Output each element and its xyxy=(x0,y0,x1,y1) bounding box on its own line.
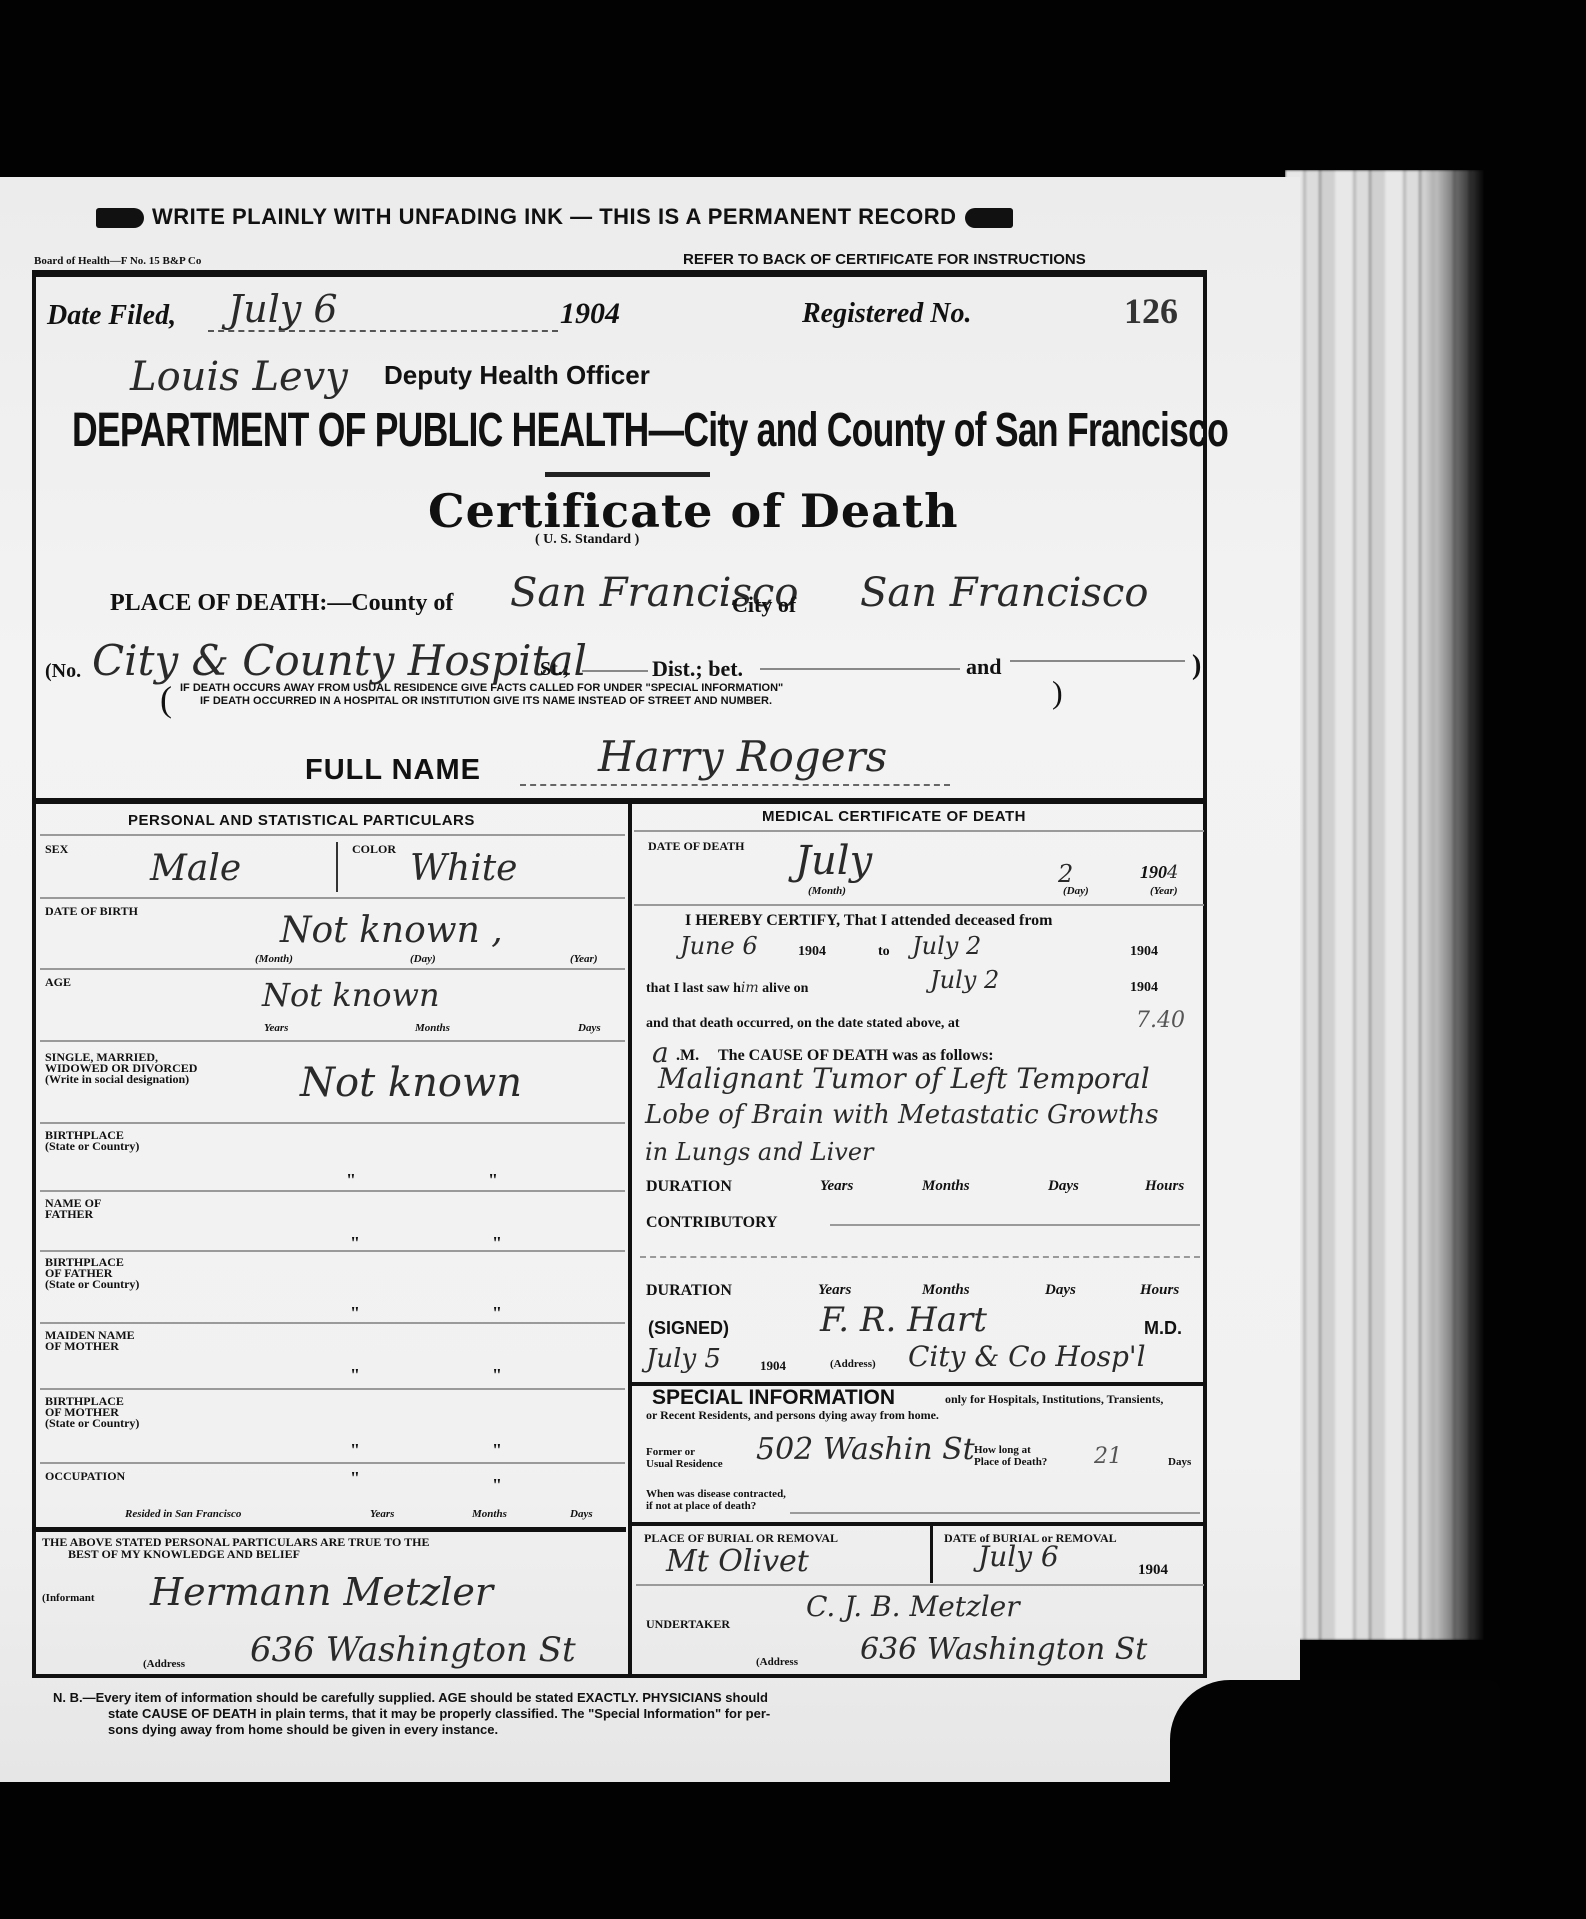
duration-months: Months xyxy=(922,1178,970,1195)
resided-days-caption: Days xyxy=(570,1508,593,1520)
duration-days: Days xyxy=(1048,1178,1079,1195)
contributory-line-2 xyxy=(640,1256,1200,1258)
permanent-record-banner: WRITE PLAINLY WITH UNFADING INK — THIS I… xyxy=(88,204,1021,230)
refer-note: REFER TO BACK OF CERTIFICATE FOR INSTRUC… xyxy=(683,251,1086,268)
duration-years: Years xyxy=(818,1282,851,1299)
how-long-label: How long at Place of Death? xyxy=(974,1444,1047,1468)
date-of-death-label: DATE OF DEATH xyxy=(648,840,744,852)
date-of-birth-label: DATE OF BIRTH xyxy=(45,905,138,917)
age-months-caption: Months xyxy=(415,1022,450,1034)
how-long-label-line: Place of Death? xyxy=(974,1456,1047,1468)
full-name-value: Harry Rogers xyxy=(598,732,887,781)
district-line xyxy=(760,668,960,670)
row-line xyxy=(40,1250,625,1252)
marital-status-value: Not known xyxy=(300,1060,522,1106)
occupation-label: OCCUPATION xyxy=(45,1470,125,1482)
physician-address-value: City & Co Hosp'l xyxy=(908,1340,1146,1373)
form-number: Board of Health—F No. 15 B&P Co xyxy=(34,255,201,267)
mother-birthplace-label-line: (State or Country) xyxy=(45,1418,139,1429)
age-value: Not known xyxy=(262,976,440,1014)
row-line xyxy=(40,968,625,970)
paren: ( xyxy=(160,678,172,720)
registered-no-value: 126 xyxy=(1124,290,1178,332)
section-divider xyxy=(36,798,1203,804)
former-residence-label: Former or Usual Residence xyxy=(646,1446,723,1470)
divider xyxy=(545,472,710,477)
attestation-text: THE ABOVE STATED PERSONAL PARTICULARS AR… xyxy=(42,1536,429,1560)
column-divider xyxy=(628,800,632,1678)
row-line xyxy=(40,1462,625,1464)
paren: ) xyxy=(1192,650,1201,682)
full-name-line xyxy=(520,784,950,786)
informant-label: (Informant xyxy=(42,1592,95,1604)
cause-line-2: Lobe of Brain with Metastatic Growths xyxy=(645,1100,1159,1130)
certificate-subtitle: ( U. S. Standard ) xyxy=(535,532,639,548)
certify-text: I HEREBY CERTIFY, That I attended deceas… xyxy=(685,912,1052,930)
time-of-death: 7.40 xyxy=(1136,1008,1185,1033)
former-residence-value: 502 Washin St xyxy=(756,1432,975,1467)
former-label-line: Usual Residence xyxy=(646,1458,723,1470)
place-of-death-label: PLACE OF DEATH:—County of xyxy=(110,590,453,617)
section-divider xyxy=(36,1527,626,1532)
informant-address-value: 636 Washington St xyxy=(250,1630,576,1670)
medical-section-title: MEDICAL CERTIFICATE OF DEATH xyxy=(762,808,1026,825)
row-line xyxy=(40,1322,625,1324)
mother-maiden-label-line: OF MOTHER xyxy=(45,1341,135,1352)
father-name-label: NAME OF FATHER xyxy=(45,1198,101,1220)
registered-no-label: Registered No. xyxy=(802,298,972,330)
father-birthplace-label-line: (State or Country) xyxy=(45,1279,139,1290)
city-label: City of xyxy=(732,592,796,618)
date-filed-year: 1904 xyxy=(560,297,620,331)
death-day-value: 2 xyxy=(1058,860,1073,888)
ditto-mark: " xyxy=(492,1303,502,1324)
dob-month-caption: (Month) xyxy=(255,953,293,965)
contracted-label-line: if not at place of death? xyxy=(646,1500,786,1512)
last-saw-date: July 2 xyxy=(930,966,999,994)
death-year-caption: (Year) xyxy=(1150,885,1178,897)
date-filed-line xyxy=(208,330,558,332)
contributory-label: CONTRIBUTORY xyxy=(646,1214,778,1232)
special-information-note-2: or Recent Residents, and persons dying a… xyxy=(646,1408,939,1423)
burial-place-label: PLACE OF BURIAL OR REMOVAL xyxy=(644,1532,838,1544)
signed-label: (SIGNED) xyxy=(648,1318,729,1339)
special-information-title: SPECIAL INFORMATION xyxy=(652,1386,895,1410)
row-line xyxy=(40,1190,625,1192)
ditto-mark: " xyxy=(350,1303,360,1324)
contracted-label-line: When was disease contracted, xyxy=(646,1488,786,1500)
how-long-label-line: How long at xyxy=(974,1444,1047,1456)
row-line xyxy=(40,834,625,836)
informant-value: Hermann Metzler xyxy=(150,1570,493,1614)
attestation-line: BEST OF MY KNOWLEDGE AND BELIEF xyxy=(42,1548,429,1560)
undertaker-label: UNDERTAKER xyxy=(646,1618,730,1630)
attended-from: June 6 xyxy=(680,932,758,960)
how-long-value: 21 xyxy=(1094,1444,1122,1469)
cause-line-3: in Lungs and Liver xyxy=(645,1138,874,1166)
ditto-mark: " xyxy=(488,1170,498,1191)
physician-signature: F. R. Hart xyxy=(820,1300,987,1340)
burial-date-value: July 6 xyxy=(978,1540,1059,1573)
ditto-mark: " xyxy=(492,1365,502,1386)
certificate-title: Certificate of Death xyxy=(428,484,959,538)
age-days-caption: Days xyxy=(578,1022,601,1034)
footer-note-line: state CAUSE OF DEATH in plain terms, tha… xyxy=(53,1706,1113,1722)
attended-to: July 2 xyxy=(912,932,981,960)
cause-line-1: Malignant Tumor of Left Temporal xyxy=(658,1062,1150,1095)
dob-year-caption: (Year) xyxy=(570,953,598,965)
row-line xyxy=(40,1040,625,1042)
sex-color-divider xyxy=(336,842,338,892)
disease-contracted-label: When was disease contracted, if not at p… xyxy=(646,1488,786,1512)
book-page-stack xyxy=(1285,170,1485,1640)
duration-label: DURATION xyxy=(646,1178,732,1196)
signed-year: 1904 xyxy=(760,1358,786,1374)
date-of-birth-value: Not known , xyxy=(280,910,503,951)
last-saw-year: 1904 xyxy=(1130,980,1158,996)
officer-signature: Louis Levy xyxy=(130,354,348,400)
row-line xyxy=(634,904,1204,906)
street-line xyxy=(582,670,648,672)
birthplace-label-line: (State or Country) xyxy=(45,1141,139,1152)
ditto-mark: " xyxy=(492,1475,502,1496)
age-years-caption: Years xyxy=(264,1022,288,1034)
last-saw-pronoun: im xyxy=(741,980,759,996)
footer-note-prefix: N. B.— xyxy=(53,1690,96,1705)
death-month-caption: (Month) xyxy=(808,885,846,897)
burial-date-year: 1904 xyxy=(1138,1562,1168,1579)
pointing-hand-icon xyxy=(96,208,144,228)
age-label: AGE xyxy=(45,976,71,988)
row-line xyxy=(40,1122,625,1124)
death-year-value: 1904 xyxy=(1140,862,1178,883)
ditto-mark: " xyxy=(346,1170,356,1191)
row-line xyxy=(40,897,625,899)
pointing-hand-icon xyxy=(965,208,1013,228)
father-birthplace-label: BIRTHPLACE OF FATHER (State or Country) xyxy=(45,1257,139,1290)
attended-from-year: 1904 xyxy=(798,944,826,960)
footer-note-line: sons dying away from home should be give… xyxy=(53,1722,1113,1738)
death-month-value: July xyxy=(795,838,872,884)
section-divider xyxy=(632,1522,1204,1526)
last-saw-label: that I last saw h xyxy=(646,981,741,996)
and-label: and xyxy=(966,654,1001,680)
ditto-mark: " xyxy=(350,1468,360,1489)
street-no-label: (No. xyxy=(45,660,81,683)
personal-section-title: PERSONAL AND STATISTICAL PARTICULARS xyxy=(128,812,475,829)
undertaker-value: C. J. B. Metzler xyxy=(806,1590,1020,1623)
undertaker-address-label: (Address xyxy=(756,1656,798,1668)
contributory-line xyxy=(830,1224,1200,1226)
duration-months: Months xyxy=(922,1282,970,1299)
ditto-mark: " xyxy=(492,1440,502,1461)
mother-maiden-name-label: MAIDEN NAME OF MOTHER xyxy=(45,1330,135,1352)
duration-label-2: DURATION xyxy=(646,1282,732,1300)
year-prefix: 190 xyxy=(1140,862,1167,882)
full-name-label: FULL NAME xyxy=(305,754,481,787)
row-line xyxy=(40,1388,625,1390)
duration-years: Years xyxy=(820,1178,853,1195)
street-label: St.; xyxy=(540,658,569,681)
father-name-label-line: FATHER xyxy=(45,1209,101,1220)
attended-to-year: 1904 xyxy=(1130,944,1158,960)
paren: ) xyxy=(1052,674,1063,711)
alive-on-label: alive on xyxy=(762,981,808,996)
to-label: to xyxy=(878,944,890,960)
informant-address-label: (Address xyxy=(143,1658,185,1670)
sex-value: Male xyxy=(150,848,241,889)
footer-note: N. B.—Every item of information should b… xyxy=(53,1690,1113,1738)
sex-label: SEX xyxy=(45,843,68,855)
department-heading: DEPARTMENT OF PUBLIC HEALTH—City and Cou… xyxy=(72,403,1228,458)
mother-birthplace-label: BIRTHPLACE OF MOTHER (State or Country) xyxy=(45,1396,139,1429)
signed-date: July 5 xyxy=(646,1344,721,1374)
resided-years-caption: Years xyxy=(370,1508,394,1520)
undertaker-address-value: 636 Washington St xyxy=(860,1632,1147,1667)
and-line xyxy=(1010,660,1185,662)
thumb-shadow xyxy=(1170,1680,1500,1919)
death-day-caption: (Day) xyxy=(1063,885,1089,897)
burial-divider xyxy=(930,1525,933,1583)
year-suffix: 4 xyxy=(1167,862,1178,883)
banner-text: WRITE PLAINLY WITH UNFADING INK — THIS I… xyxy=(152,204,957,229)
city-value: San Francisco xyxy=(860,570,1148,616)
birthplace-label: BIRTHPLACE (State or Country) xyxy=(45,1130,139,1152)
special-information-note: only for Hospitals, Institutions, Transi… xyxy=(945,1392,1163,1407)
days-label: Days xyxy=(1168,1456,1191,1468)
physician-address-label: (Address) xyxy=(830,1358,876,1370)
color-label: COLOR xyxy=(352,843,396,855)
resided-label: Resided in San Francisco xyxy=(125,1508,241,1520)
burial-place-value: Mt Olivet xyxy=(666,1544,809,1579)
md-label: M.D. xyxy=(1144,1318,1182,1339)
marital-status-label: SINGLE, MARRIED, WIDOWED OR DIVORCED (Wr… xyxy=(45,1052,197,1085)
contracted-line xyxy=(790,1512,1200,1514)
district-label: Dist.; bet. xyxy=(652,656,743,682)
row-line xyxy=(636,1584,1204,1586)
footer-note-line: Every item of information should be care… xyxy=(96,1690,768,1705)
place-instructions: IF DEATH OCCURS AWAY FROM USUAL RESIDENC… xyxy=(180,682,783,708)
officer-title: Deputy Health Officer xyxy=(384,360,650,391)
resided-months-caption: Months xyxy=(472,1508,507,1520)
death-occurred-text: and that death occurred, on the date sta… xyxy=(646,1016,960,1032)
ditto-mark: " xyxy=(350,1365,360,1386)
duration-hours: Hours xyxy=(1145,1178,1184,1195)
color-value: White xyxy=(410,848,517,889)
dob-day-caption: (Day) xyxy=(410,953,436,965)
instruction-line-1: IF DEATH OCCURS AWAY FROM USUAL RESIDENC… xyxy=(180,682,783,695)
former-label-line: Former or xyxy=(646,1446,723,1458)
ditto-mark: " xyxy=(350,1440,360,1461)
date-filed-label: Date Filed, xyxy=(47,300,176,332)
instruction-line-2: IF DEATH OCCURRED IN A HOSPITAL OR INSTI… xyxy=(180,695,783,708)
row-line xyxy=(634,830,1204,832)
duration-hours: Hours xyxy=(1140,1282,1179,1299)
date-filed-value: July 6 xyxy=(228,287,338,331)
marital-label-line: (Write in social designation) xyxy=(45,1074,197,1085)
duration-days: Days xyxy=(1045,1282,1076,1299)
last-saw-text: that I last saw him alive on xyxy=(646,980,808,997)
